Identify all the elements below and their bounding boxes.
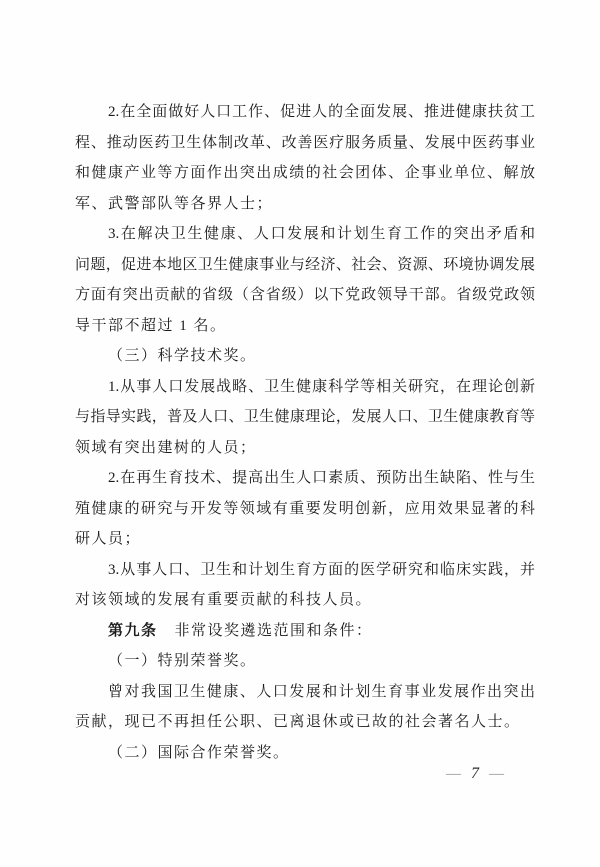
subheading-special-honor-award: （一）特别荣誉奖。 (75, 646, 535, 677)
page-number-value: 7 (471, 765, 479, 783)
paragraph-item-3-party-cadres: 3.在解决卫生健康、人口发展和计划生育工作的突出矛盾和 (75, 219, 535, 250)
paragraph-item-1-theory-research: 1.从事人口发展战略、卫生健康科学等相关研究，在理论创新 (75, 372, 535, 403)
article-number-label: 第九条 (108, 623, 158, 639)
paragraph-item-2-social-groups: 军、武警部队等各界人士； (75, 189, 535, 220)
paragraph-item-2-invention-research: 殖健康的研究与开发等领域有重要发明创新，应用效果显著的科 (75, 494, 535, 525)
document-page: 2.在全面做好人口工作、促进人的全面发展、推进健康扶贫工程、推动医药卫生体制改革… (0, 0, 600, 867)
subheading-international-cooperation-award: （二）国际合作荣誉奖。 (75, 738, 535, 769)
heading-text: 非常设奖遴选范围和条件： (175, 623, 373, 639)
subheading-science-technology-award: （三）科学技术奖。 (75, 341, 535, 372)
page-number: — 7 — (446, 765, 504, 783)
document-body: 2.在全面做好人口工作、促进人的全面发展、推进健康扶贫工程、推动医药卫生体制改革… (75, 97, 535, 768)
paragraph-item-2-invention-research: 研人员； (75, 524, 535, 555)
paragraph-item-3-party-cadres: 导干部不超过 1 名。 (75, 311, 535, 342)
paragraph-item-3-medical-research: 3.从事人口、卫生和计划生育方面的医学研究和临床实践，并 (75, 555, 535, 586)
paragraph-item-3-party-cadres: 问题，促进本地区卫生健康事业与经济、社会、资源、环境协调发展 (75, 250, 535, 281)
page-number-left-dash: — (446, 766, 461, 783)
paragraph-item-2-social-groups: 和健康产业等方面作出突出成绩的社会团体、企事业单位、解放 (75, 158, 535, 189)
paragraph-item-3-party-cadres: 方面有突出贡献的省级（含省级）以下党政领导干部。省级党政领 (75, 280, 535, 311)
paragraph-item-1-theory-research: 领域有突出建树的人员； (75, 433, 535, 464)
article-9-heading: 第九条非常设奖遴选范围和条件： (75, 616, 535, 647)
paragraph-special-honor-description: 曾对我国卫生健康、人口发展和计划生育事业发展作出突出 (75, 677, 535, 708)
paragraph-item-1-theory-research: 与指导实践，普及人口、卫生健康理论，发展人口、卫生健康教育等 (75, 402, 535, 433)
paragraph-special-honor-description: 贡献，现已不再担任公职、已离退休或已故的社会著名人士。 (75, 707, 535, 738)
paragraph-item-3-medical-research: 对该领域的发展有重要贡献的科技人员。 (75, 585, 535, 616)
paragraph-item-2-invention-research: 2.在再生育技术、提高出生人口素质、预防出生缺陷、性与生 (75, 463, 535, 494)
paragraph-item-2-social-groups: 2.在全面做好人口工作、促进人的全面发展、推进健康扶贫工 (75, 97, 535, 128)
page-number-right-dash: — (489, 766, 504, 783)
paragraph-item-2-social-groups: 程、推动医药卫生体制改革、改善医疗服务质量、发展中医药事业 (75, 128, 535, 159)
